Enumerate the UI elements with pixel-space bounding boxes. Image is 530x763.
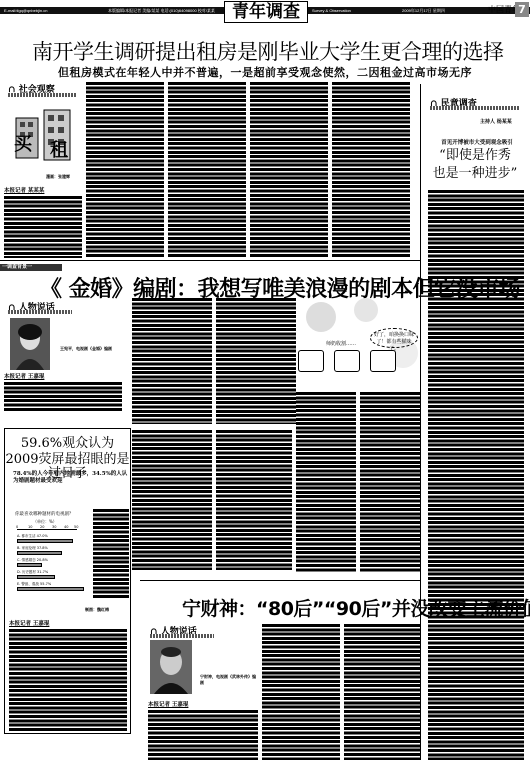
article1-byline: 本报记者 某某某 xyxy=(4,186,44,194)
page-number: 7 xyxy=(515,2,529,17)
article2-byline: 本报记者 王嘉琨 xyxy=(4,372,44,380)
photo-caption: 宁财神，电视剧《武林外传》编剧 xyxy=(200,674,256,686)
section-label: 一调查背景一 xyxy=(0,264,62,271)
article1-column-2 xyxy=(86,82,164,258)
article1-column-5 xyxy=(332,82,410,258)
article3-column-2 xyxy=(262,624,340,760)
chart-title: 你最喜欢哪种题材的电视剧？ xyxy=(15,511,74,517)
article1-column-4 xyxy=(250,82,328,258)
article3-column-3 xyxy=(344,624,420,760)
divider xyxy=(0,260,420,261)
bar-b xyxy=(17,551,62,555)
tv-icon xyxy=(334,350,360,372)
tick: 30 xyxy=(52,525,56,529)
chart-axis xyxy=(17,529,77,530)
sidebar-quote-line2: 也是一种进步” xyxy=(424,166,526,182)
cartoon-image: 买 租 xyxy=(10,100,80,170)
article2-column-3 xyxy=(216,298,296,424)
article2-column-2 xyxy=(132,298,212,424)
tick: 10 xyxy=(28,525,32,529)
svg-text:租: 租 xyxy=(50,139,69,161)
masthead-email: E-mail:tlgq@qnbebjin.cn xyxy=(4,8,47,13)
sidebar-editor: 主持人 杨某某 xyxy=(480,118,512,125)
tick: 40 xyxy=(64,525,68,529)
bar-d xyxy=(17,575,55,579)
tv-icon xyxy=(370,350,396,372)
poll-box: 59.6%观众认为 2009荧屏最招眼的是过日子 78.4%的人今年看内地剧最多… xyxy=(4,428,131,734)
photo-caption: 王宛平，电视剧《金婚》编剧 xyxy=(60,346,120,352)
tv-icon xyxy=(298,350,324,372)
speech-bubble: 好了，咱换换口味了！都有些腻味了。 xyxy=(370,328,418,348)
article3-title: 宁财神：“80后”“90后”并没改变主流价值观 xyxy=(182,594,530,621)
divider xyxy=(140,580,420,581)
article2-column-7 xyxy=(216,430,292,570)
masthead-editors: 本版编辑/本报记者 美编/某某 电话:(010)64098000 校对/某某 xyxy=(108,8,215,14)
poll-column-2 xyxy=(9,629,127,731)
column-tag-bar xyxy=(150,634,214,638)
tick: 20 xyxy=(40,525,44,529)
column-tag-bar xyxy=(8,310,72,314)
masthead-date: 2009年12月17日 星期四 xyxy=(402,8,445,14)
article1-title: 南开学生调研提出租房是刚毕业大学生更合理的选择 xyxy=(32,36,504,66)
article1-column-3 xyxy=(168,82,246,258)
sidebar-divider xyxy=(420,84,421,760)
cartoon-caption: 漫画：张建辉 xyxy=(46,174,70,180)
poll-credit: 制图：魏红梅 xyxy=(85,607,109,613)
article1-subtitle: 但租房模式在年轻人中并不普遍，一是超前享受观念使然，二因租金过高市场无序 xyxy=(58,64,472,80)
sidebar-headline: 首见开博被市大受到观念吸引 xyxy=(428,138,526,146)
article3-byline: 本报记者 王嘉琨 xyxy=(148,700,188,708)
poll-subhead: 78.4%的人今年看内地剧最多，34.5%的人认为婚剧题材最受欢迎 xyxy=(13,471,131,485)
poll-byline: 本报记者 王嘉琨 xyxy=(9,619,49,627)
filler xyxy=(134,575,140,735)
cartoon-label: 师奶收割…… xyxy=(326,340,356,347)
author-photo xyxy=(150,640,192,694)
section-en: Survey & Observation xyxy=(312,8,351,13)
sidebar-quote-line1: “即使是作秀 xyxy=(424,148,526,164)
article2-column-5 xyxy=(360,392,420,572)
column-tag-bar xyxy=(430,106,520,110)
article1-column-1: 租房与买房的选择，调研报告指出…… xyxy=(4,196,82,258)
poll-headline-1: 59.6%观众认为 xyxy=(5,437,130,451)
tv-cartoon: 好了，咱换换口味了！都有些腻味了。 师奶收割…… xyxy=(296,298,420,388)
article2-column-6 xyxy=(132,430,212,570)
tick: 0 xyxy=(16,525,18,529)
poll-column-1 xyxy=(93,509,129,599)
bar-c xyxy=(17,563,42,567)
bar-e xyxy=(17,587,84,591)
article2-column-1: 2009年，国产电视剧荧屏上…… xyxy=(4,382,122,412)
author-photo xyxy=(10,318,50,370)
svg-text:买: 买 xyxy=(14,134,33,155)
tick: 50 xyxy=(74,525,78,529)
bar-a xyxy=(17,539,73,543)
section-title: 青年调查 xyxy=(224,1,308,23)
article3-column-1: 中国青年报：有网友说…… xyxy=(148,710,258,760)
article2-column-4 xyxy=(296,392,356,572)
column-tag-bar xyxy=(8,93,76,97)
